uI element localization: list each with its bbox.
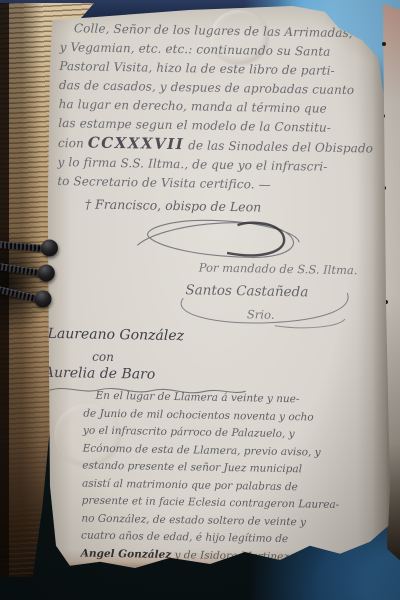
constitution-number: CCXXXVII bbox=[88, 134, 185, 154]
father-name: Angel González bbox=[81, 547, 172, 561]
constitution-post: de las Sinodales del Obispado bbox=[184, 138, 373, 155]
marriage-act: En el lugar de Llamera á veinte y nue- d… bbox=[81, 387, 342, 566]
mandate-line: Por mandado de S.S. Iltma. bbox=[199, 260, 358, 277]
mother-name: y de Isidora Martinez bbox=[171, 549, 289, 563]
visitation-note: Colle, Señor de los lugares de las Arrim… bbox=[57, 19, 375, 196]
parents-line: Angel González y de Isidora Martinez bbox=[81, 545, 339, 567]
handwriting-layer: Colle, Señor de los lugares de las Arrim… bbox=[30, 6, 396, 582]
manuscript-page: Colle, Señor de los lugares de las Arrim… bbox=[40, 6, 396, 576]
couple-connector: con bbox=[92, 350, 114, 364]
bride-name: Aurelia de Baro bbox=[44, 365, 156, 383]
constitution-pre: cion bbox=[58, 136, 88, 151]
binding-stitch bbox=[382, 42, 386, 46]
groom-name: Laureano González bbox=[47, 326, 184, 344]
secretary-flourish bbox=[171, 276, 362, 331]
photograph-of-manuscript: Colle, Señor de los lugares de las Arrim… bbox=[0, 0, 400, 600]
